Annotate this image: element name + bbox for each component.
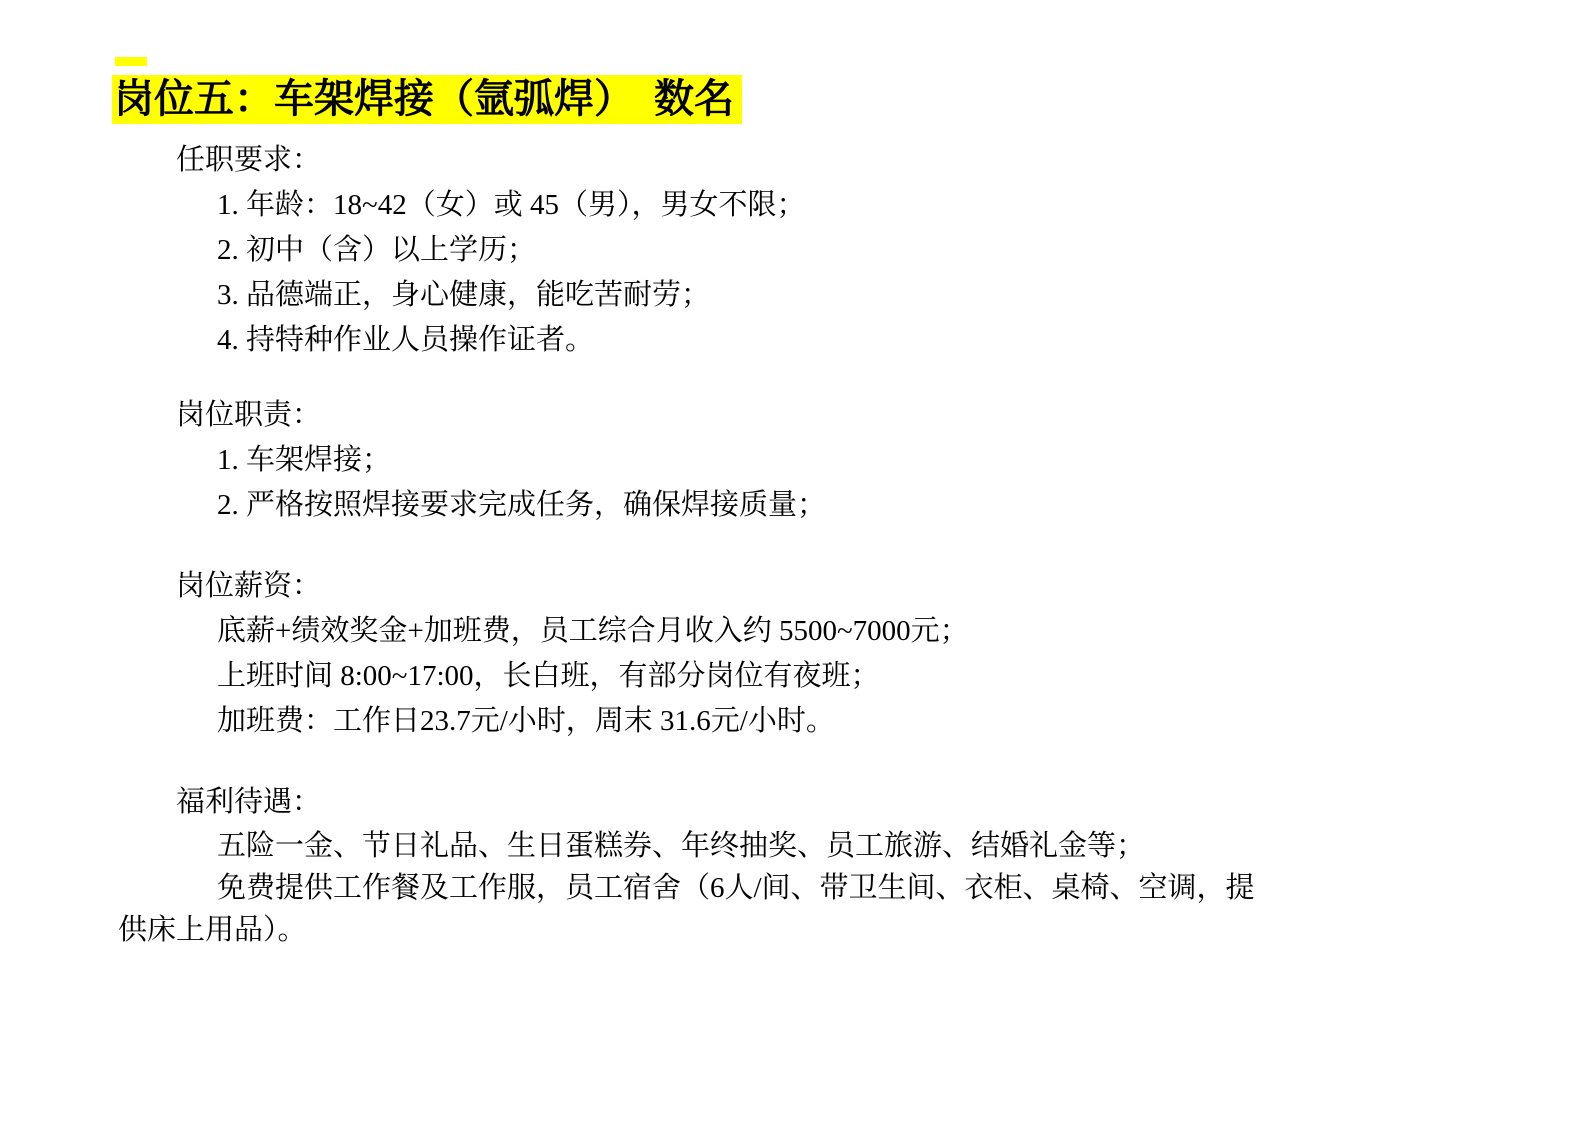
requirements-heading: 任职要求：: [176, 138, 1587, 183]
document-page: 岗位五：车架焊接（氩弧焊） 数名 任职要求： 1. 年龄：18~42（女）或 4…: [0, 0, 1587, 1133]
salary-heading: 岗位薪资：: [176, 564, 1587, 609]
welfare-line-dorm: 免费提供工作餐及工作服，员工宿舍（6人/间、带卫生间、衣柜、桌椅、空调，提: [217, 867, 1587, 909]
welfare-heading: 福利待遇：: [176, 780, 1587, 825]
section-duties: 岗位职责： 1. 车架焊接； 2. 严格按照焊接要求完成任务，确保焊接质量；: [0, 393, 1587, 528]
job-title: 岗位五：车架焊接（氩弧焊） 数名: [112, 72, 1587, 126]
welfare-line-benefits: 五险一金、节日礼品、生日蛋糕券、年终抽奖、员工旅游、结婚礼金等；: [217, 825, 1587, 867]
requirement-item-3: 3. 品德端正，身心健康，能吃苦耐劳；: [217, 273, 1587, 318]
salary-line-overtime: 加班费：工作日23.7元/小时，周末 31.6元/小时。: [217, 699, 1587, 744]
duty-item-2: 2. 严格按照焊接要求完成任务，确保焊接质量；: [217, 483, 1587, 528]
salary-line-income: 底薪+绩效奖金+加班费，员工综合月收入约 5500~7000元；: [217, 609, 1587, 654]
requirement-item-2: 2. 初中（含）以上学历；: [217, 228, 1587, 273]
highlight-artifact: [115, 57, 147, 66]
duty-item-1: 1. 车架焊接；: [217, 438, 1587, 483]
welfare-line-dorm-wrap: 供床上用品）。: [118, 909, 1587, 951]
requirement-item-1: 1. 年龄：18~42（女）或 45（男），男女不限；: [217, 183, 1587, 228]
section-welfare: 福利待遇： 五险一金、节日礼品、生日蛋糕券、年终抽奖、员工旅游、结婚礼金等； 免…: [0, 780, 1587, 951]
section-requirements: 任职要求： 1. 年龄：18~42（女）或 45（男），男女不限； 2. 初中（…: [0, 138, 1587, 363]
salary-line-hours: 上班时间 8:00~17:00，长白班，有部分岗位有夜班；: [217, 654, 1587, 699]
job-title-highlight: 岗位五：车架焊接（氩弧焊） 数名: [112, 75, 742, 124]
duties-heading: 岗位职责：: [176, 393, 1587, 438]
section-salary: 岗位薪资： 底薪+绩效奖金+加班费，员工综合月收入约 5500~7000元； 上…: [0, 564, 1587, 744]
requirement-item-4: 4. 持特种作业人员操作证者。: [217, 318, 1587, 363]
